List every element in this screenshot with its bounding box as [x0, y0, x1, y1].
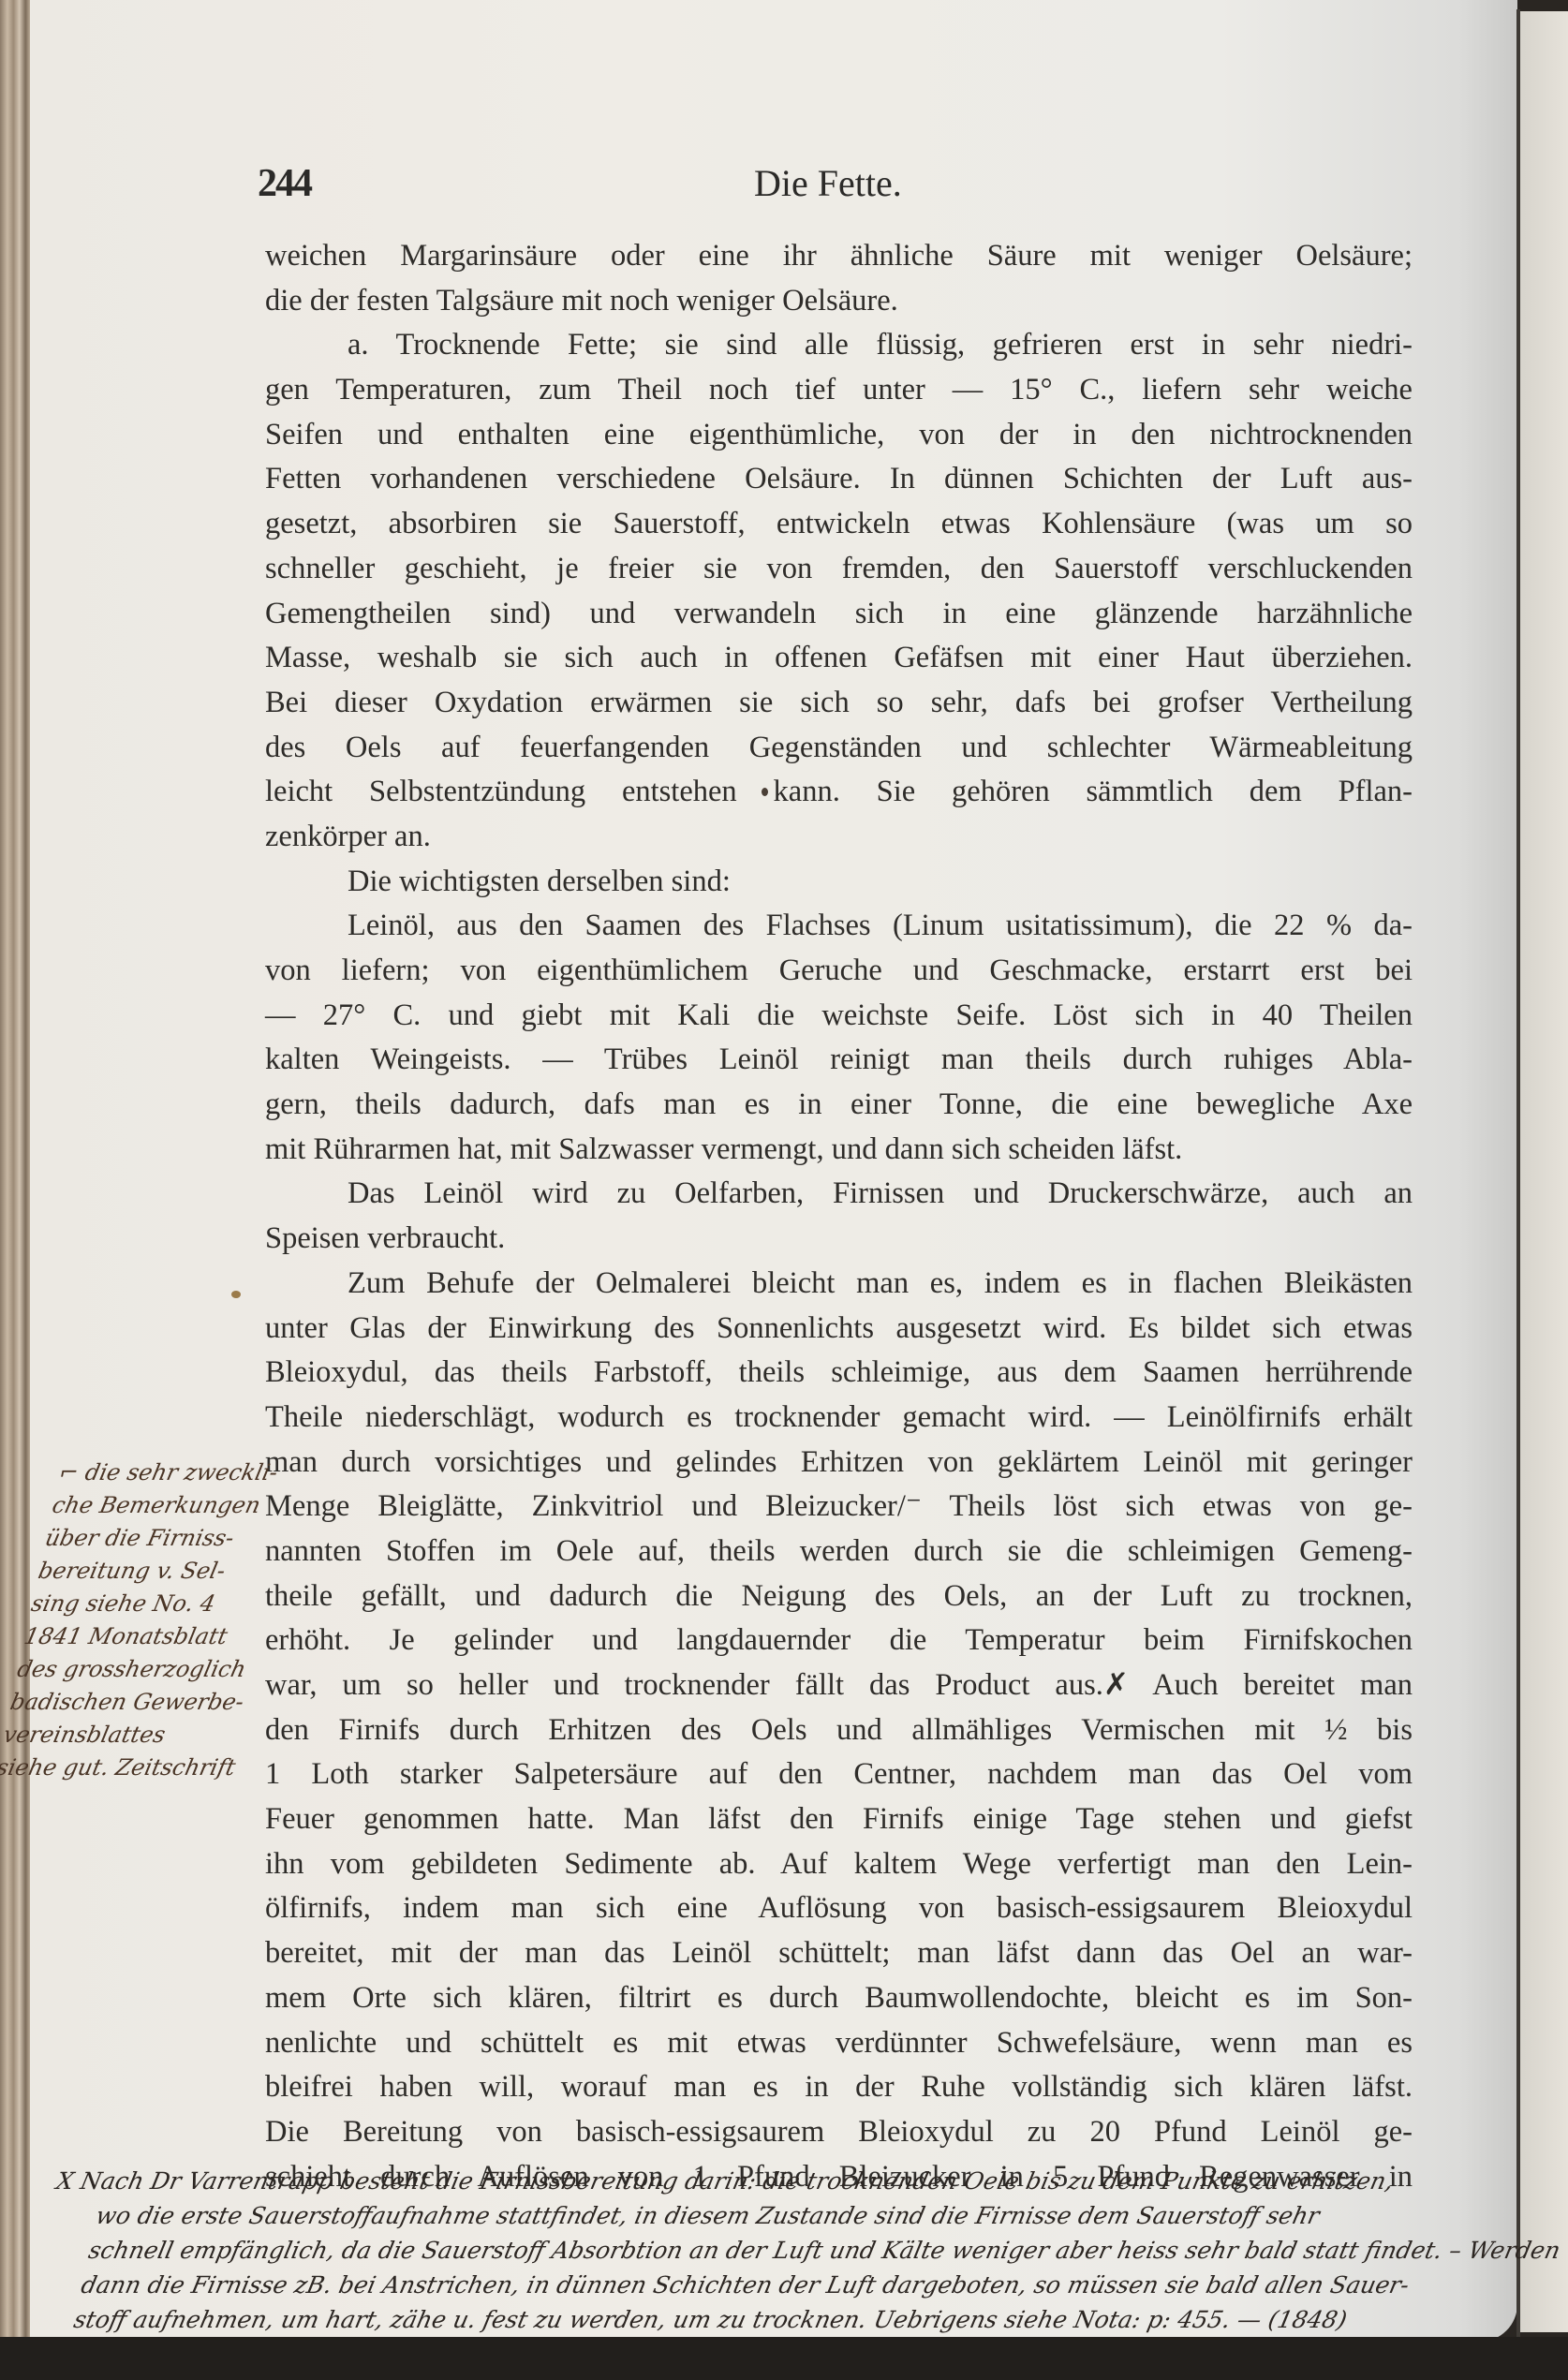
text-line: von liefern; von eigenthümlichem Geruche…	[265, 949, 1413, 994]
footer-note-line: schnell empfänglich, da die Sauerstoff A…	[38, 2233, 1488, 2268]
text-line: Feuer genommen hatte. Man läfst den Firn…	[265, 1797, 1413, 1842]
margin-note-line: badischen Gewerbe-	[7, 1686, 267, 1719]
text-line: theile gefällt, und dadurch die Neigung …	[265, 1574, 1413, 1619]
text-line: — 27° C. und giebt mit Kali die weichste…	[265, 994, 1413, 1039]
text-line: Fetten vorhandenen verschiedene Oelsäure…	[265, 457, 1413, 502]
text-line: nenlichte und schüttelt es mit etwas ver…	[265, 2021, 1413, 2066]
footer-note-line: wo die erste Sauerstoffaufnahme stattfin…	[46, 2198, 1496, 2233]
margin-note-line: che Bemerkungen	[49, 1489, 308, 1522]
text-line: Bei dieser Oxydation erwärmen sie sich s…	[265, 681, 1413, 726]
text-line: den Firnifs durch Erhitzen des Oels und …	[265, 1708, 1413, 1753]
text-line: Bleioxydul, das theils Farbstoff, theils…	[265, 1351, 1413, 1396]
margin-note-line: ⌐ die sehr zweckli-	[56, 1456, 316, 1489]
text-line: kalten Weingeists. — Trübes Leinöl reini…	[265, 1038, 1413, 1083]
text-line: ölfirnifs, indem man sich eine Auflösung…	[265, 1886, 1413, 1931]
text-line: Zum Behufe der Oelmalerei bleicht man es…	[265, 1262, 1413, 1307]
text-line: Gemengtheilen sind) und verwandeln sich …	[265, 592, 1413, 637]
text-line: mit Rührarmen hat, mit Salzwasser vermen…	[265, 1128, 1413, 1173]
annotated-line: war, um so heller und trocknender fällt …	[265, 1663, 1413, 1708]
text-line: ihn vom gebildeten Sedimente ab. Auf kal…	[265, 1842, 1413, 1887]
ink-stain	[231, 1291, 241, 1298]
handwritten-footer-note: X Nach Dr Varrentrapp besteht die Firnis…	[23, 2164, 1502, 2337]
footer-note-line: dann die Firnisse zB. bei Anstrichen, in…	[31, 2268, 1481, 2302]
text-line: erhöht. Je gelinder und langdauernder di…	[265, 1619, 1413, 1663]
text-line: Masse, weshalb sie sich auch in offenen …	[265, 636, 1413, 681]
text-line: bleifrei haben will, worauf man es in de…	[265, 2065, 1413, 2110]
margin-note-line: des grossherzoglich	[14, 1653, 274, 1686]
text-line: Die wichtigsten derselben sind:	[265, 860, 1413, 905]
text-line: zenkörper an.	[265, 815, 1413, 860]
running-head: 244 Die Fette.	[258, 161, 1419, 217]
margin-note-line: siehe gut. Zeitschrift	[0, 1752, 253, 1784]
margin-note-line: 1841 Monatsblatt	[22, 1620, 281, 1653]
annotated-line: Menge Bleiglätte, Zinkvitriol und Bleizu…	[265, 1485, 1413, 1530]
text-line: weichen Margarinsäure oder eine ihr ähnl…	[265, 234, 1413, 279]
text-line: gern, theils dadurch, dafs man es in ein…	[265, 1083, 1413, 1128]
text-line: Theile niederschlägt, wodurch es trockne…	[265, 1396, 1413, 1441]
body-text: weichen Margarinsäure oder eine ihr ähnl…	[265, 234, 1413, 2199]
text-line: gen Temperaturen, zum Theil noch tief un…	[265, 368, 1413, 413]
text-line: Seifen und enthalten eine eigenthümliche…	[265, 413, 1413, 458]
scan-background	[0, 2337, 1568, 2380]
facing-page-edge	[1520, 11, 1568, 2332]
margin-note-line: bereitung v. Sel-	[35, 1555, 294, 1588]
text-line: schneller geschieht, je freier sie von f…	[265, 547, 1413, 592]
text-line: man durch vorsichtiges und gelindes Erhi…	[265, 1441, 1413, 1486]
section-heading-line: a. Trocknende Fette; sie sind alle flüss…	[265, 323, 1413, 368]
page-number: 244	[258, 161, 311, 206]
margin-note-line: über die Firniss-	[42, 1522, 302, 1555]
book-spine-edge	[0, 0, 30, 2380]
text-line: gesetzt, absorbiren sie Sauerstoff, entw…	[265, 502, 1413, 547]
text-line: mem Orte sich klären, filtrirt es durch …	[265, 1976, 1413, 2021]
footer-note-line: stoff aufnehmen, um hart, zähe u. fest z…	[23, 2302, 1473, 2337]
text-line: Das Leinöl wird zu Oelfarben, Firnissen …	[265, 1172, 1413, 1217]
text-line: Die Bereitung von basisch-essigsaurem Bl…	[265, 2110, 1413, 2155]
text-line: die der festen Talgsäure mit noch wenige…	[265, 279, 1413, 324]
text-line: Speisen verbraucht.	[265, 1217, 1413, 1262]
footer-note-line: X Nach Dr Varrentrapp besteht die Firnis…	[53, 2164, 1503, 2198]
text-line: leicht Selbstentzündung entstehen kann. …	[265, 770, 1413, 815]
leinoel-entry-line: Leinöl, aus den Saamen des Flachses (Lin…	[265, 904, 1413, 949]
text-line: nannten Stoffen im Oele auf, theils werd…	[265, 1530, 1413, 1574]
text-line: bereitet, mit der man das Leinöl schütte…	[265, 1931, 1413, 1976]
text-line: unter Glas der Einwirkung des Sonnenlich…	[265, 1307, 1413, 1352]
margin-note-line: vereinsblattes	[0, 1719, 259, 1752]
margin-note-line: sing siehe No. 4	[28, 1588, 288, 1620]
text-line: des Oels auf feuerfangenden Gegenständen…	[265, 726, 1413, 771]
text-line: 1 Loth starker Salpetersäure auf den Cen…	[265, 1752, 1413, 1797]
running-title: Die Fette.	[754, 161, 902, 205]
